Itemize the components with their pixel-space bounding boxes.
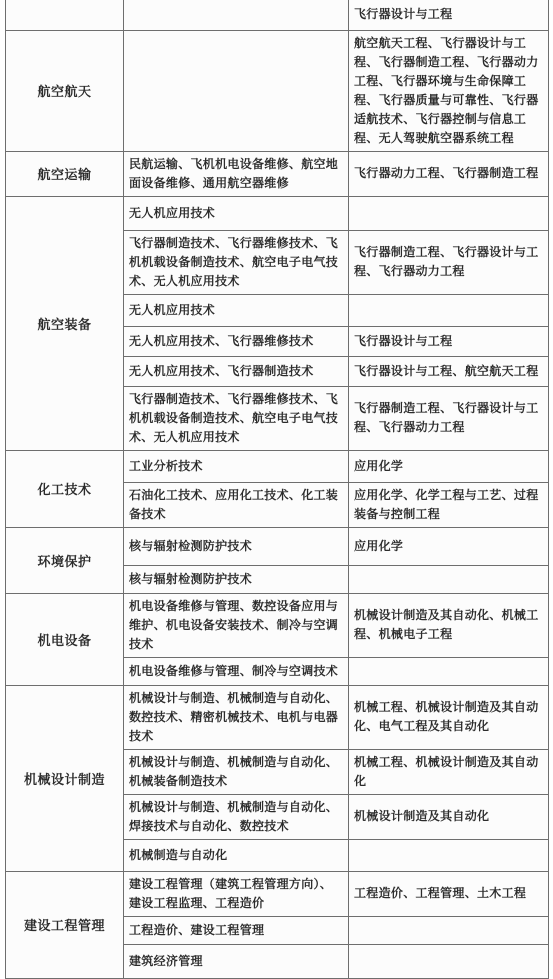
table-row: 机电设备 机电设备维修与管理、数控设备应用与维护、机电设备安装技术、制冷与空调技… — [6, 593, 549, 657]
table-row: 机械设计制造 机械设计与制造、机械制造与自动化、数控技术、精密机械技术、电机与电… — [6, 685, 549, 749]
category-cell: 环境保护 — [6, 527, 124, 593]
undergraduate-majors-cell — [349, 565, 549, 593]
category-cell: 化工技术 — [6, 450, 124, 527]
vocational-majors-cell: 核与辐射检测防护技术 — [124, 565, 349, 593]
vocational-majors-cell: 建筑经济管理 — [124, 944, 349, 978]
undergraduate-majors-cell: 航空航天工程、飞行器设计与工程、飞行器制造工程、飞行器动力工程、飞行器环境与生命… — [349, 30, 549, 151]
vocational-majors-cell — [124, 0, 349, 30]
undergraduate-majors-cell — [349, 839, 549, 871]
undergraduate-majors-cell — [349, 196, 549, 230]
undergraduate-majors-cell: 飞行器制造工程、飞行器设计与工程、飞行器动力工程 — [349, 386, 549, 450]
major-mapping-table: 飞行器设计与工程 航空航天 航空航天工程、飞行器设计与工程、飞行器制造工程、飞行… — [5, 0, 549, 979]
vocational-majors-cell: 民航运输、飞机机电设备维修、航空地面设备维修、通用航空器维修 — [124, 151, 349, 196]
vocational-majors-cell: 核与辐射检测防护技术 — [124, 527, 349, 565]
undergraduate-majors-cell: 飞行器制造工程、飞行器设计与工程、飞行器动力工程 — [349, 230, 549, 294]
vocational-majors-cell: 机电设备维修与管理、数控设备应用与维护、机电设备安装技术、制冷与空调技术 — [124, 593, 349, 657]
undergraduate-majors-cell: 飞行器设计与工程 — [349, 326, 549, 356]
undergraduate-majors-cell: 飞行器设计与工程 — [349, 0, 549, 30]
undergraduate-majors-cell: 机械工程、机械设计制造及其自动化、电气工程及其自动化 — [349, 685, 549, 749]
undergraduate-majors-cell: 机械工程、机械设计制造及其自动化 — [349, 749, 549, 794]
table-row: 建设工程管理 建设工程管理（建筑工程管理方向）、建设工程监理、工程造价 工程造价… — [6, 871, 549, 916]
vocational-majors-cell: 无人机应用技术 — [124, 294, 349, 326]
undergraduate-majors-cell: 应用化学 — [349, 450, 549, 482]
undergraduate-majors-cell: 飞行器动力工程、飞行器制造工程 — [349, 151, 549, 196]
vocational-majors-cell: 飞行器制造技术、飞行器维修技术、飞机机载设备制造技术、航空电子电气技术、无人机应… — [124, 386, 349, 450]
undergraduate-majors-cell: 飞行器设计与工程、航空航天工程 — [349, 356, 549, 386]
vocational-majors-cell: 工程造价、建设工程管理 — [124, 916, 349, 944]
category-cell: 建设工程管理 — [6, 871, 124, 978]
vocational-majors-cell: 石油化工技术、应用化工技术、化工装备技术 — [124, 482, 349, 527]
vocational-majors-cell: 机械设计与制造、机械制造与自动化、机械装备制造技术 — [124, 749, 349, 794]
table-row: 航空航天 航空航天工程、飞行器设计与工程、飞行器制造工程、飞行器动力工程、飞行器… — [6, 30, 549, 151]
category-cell: 机械设计制造 — [6, 685, 124, 871]
undergraduate-majors-cell — [349, 916, 549, 944]
table-row: 飞行器设计与工程 — [6, 0, 549, 30]
undergraduate-majors-cell: 工程造价、工程管理、土木工程 — [349, 871, 549, 916]
vocational-majors-cell: 无人机应用技术、飞行器维修技术 — [124, 326, 349, 356]
vocational-majors-cell: 无人机应用技术、飞行器制造技术 — [124, 356, 349, 386]
vocational-majors-cell: 机电设备维修与管理、制冷与空调技术 — [124, 657, 349, 685]
vocational-majors-cell: 飞行器制造技术、飞行器维修技术、飞机机载设备制造技术、航空电子电气技术、无人机应… — [124, 230, 349, 294]
undergraduate-majors-cell — [349, 944, 549, 978]
undergraduate-majors-cell: 应用化学、化学工程与工艺、过程装备与控制工程 — [349, 482, 549, 527]
undergraduate-majors-cell: 应用化学 — [349, 527, 549, 565]
vocational-majors-cell: 无人机应用技术 — [124, 196, 349, 230]
undergraduate-majors-cell: 机械设计制造及其自动化 — [349, 794, 549, 839]
category-cell — [6, 0, 124, 30]
table-row: 航空运输 民航运输、飞机机电设备维修、航空地面设备维修、通用航空器维修 飞行器动… — [6, 151, 549, 196]
category-cell: 机电设备 — [6, 593, 124, 685]
vocational-majors-cell: 机械设计与制造、机械制造与自动化、焊接技术与自动化、数控技术 — [124, 794, 349, 839]
table-row: 环境保护 核与辐射检测防护技术 应用化学 — [6, 527, 549, 565]
undergraduate-majors-cell — [349, 657, 549, 685]
category-cell: 航空航天 — [6, 30, 124, 151]
vocational-majors-cell: 机械设计与制造、机械制造与自动化、数控技术、精密机械技术、电机与电器技术 — [124, 685, 349, 749]
undergraduate-majors-cell: 机械设计制造及其自动化、机械工程、机械电子工程 — [349, 593, 549, 657]
vocational-majors-cell: 工业分析技术 — [124, 450, 349, 482]
table-row: 航空装备 无人机应用技术 — [6, 196, 549, 230]
vocational-majors-cell — [124, 30, 349, 151]
undergraduate-majors-cell — [349, 294, 549, 326]
table-row: 化工技术 工业分析技术 应用化学 — [6, 450, 549, 482]
vocational-majors-cell: 机械制造与自动化 — [124, 839, 349, 871]
category-cell: 航空装备 — [6, 196, 124, 450]
category-cell: 航空运输 — [6, 151, 124, 196]
vocational-majors-cell: 建设工程管理（建筑工程管理方向）、建设工程监理、工程造价 — [124, 871, 349, 916]
